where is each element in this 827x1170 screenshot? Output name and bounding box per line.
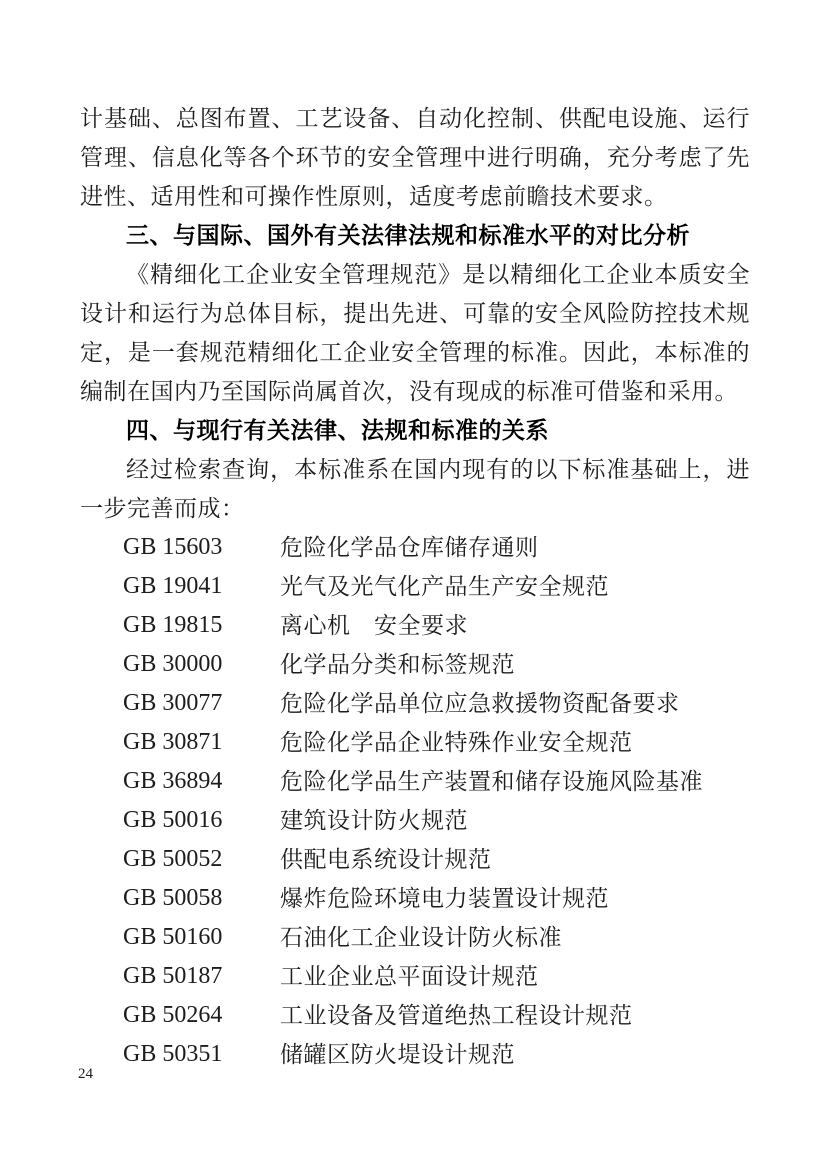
standard-code: GB 50351 [123, 1035, 280, 1074]
standard-row: GB 30000 化学品分类和标签规范 [80, 645, 750, 684]
standard-row: GB 36894 危险化学品生产装置和储存设施风险基准 [80, 762, 750, 801]
standard-title: 工业设备及管道绝热工程设计规范 [280, 996, 633, 1035]
section3-heading: 三、与国际、国外有关法律法规和标准水平的对比分析 [80, 216, 750, 255]
standard-code: GB 30871 [123, 723, 280, 762]
standard-row: GB 19815 离心机 安全要求 [80, 606, 750, 645]
standard-code: GB 19815 [123, 606, 280, 645]
section4-paragraph: 经过检索查询，本标准系在国内现有的以下标准基础上，进一步完善而成： [80, 450, 750, 528]
standard-code: GB 36894 [123, 762, 280, 801]
standard-row: GB 50058 爆炸危险环境电力装置设计规范 [80, 879, 750, 918]
standard-title: 化学品分类和标签规范 [280, 645, 515, 684]
standard-row: GB 50264 工业设备及管道绝热工程设计规范 [80, 996, 750, 1035]
standard-code: GB 50058 [123, 879, 280, 918]
standard-row: GB 30077 危险化学品单位应急救援物资配备要求 [80, 684, 750, 723]
standard-row: GB 50016 建筑设计防火规范 [80, 801, 750, 840]
section3-paragraph: 《精细化工企业安全管理规范》是以精细化工企业本质安全设计和运行为总体目标，提出先… [80, 255, 750, 411]
standard-row: GB 15603 危险化学品仓库储存通则 [80, 528, 750, 567]
standard-title: 石油化工企业设计防火标准 [280, 918, 562, 957]
standard-code: GB 15603 [123, 528, 280, 567]
standard-title: 危险化学品生产装置和储存设施风险基准 [280, 762, 703, 801]
standard-title: 离心机 安全要求 [280, 606, 468, 645]
standard-code: GB 50052 [123, 840, 280, 879]
standard-title: 危险化学品单位应急救援物资配备要求 [280, 684, 680, 723]
page-content: 计基础、总图布置、工艺设备、自动化控制、供配电设施、运行管理、信息化等各个环节的… [80, 99, 750, 1074]
standard-title: 建筑设计防火规范 [280, 801, 468, 840]
paragraph-continuation: 计基础、总图布置、工艺设备、自动化控制、供配电设施、运行管理、信息化等各个环节的… [80, 99, 750, 216]
standard-row: GB 19041 光气及光气化产品生产安全规范 [80, 567, 750, 606]
document-page: 计基础、总图布置、工艺设备、自动化控制、供配电设施、运行管理、信息化等各个环节的… [0, 0, 827, 1170]
standard-code: GB 19041 [123, 567, 280, 606]
standard-row: GB 50187 工业企业总平面设计规范 [80, 957, 750, 996]
standard-title: 光气及光气化产品生产安全规范 [280, 567, 609, 606]
standard-code: GB 50016 [123, 801, 280, 840]
standard-code: GB 50264 [123, 996, 280, 1035]
standards-list: GB 15603 危险化学品仓库储存通则 GB 19041 光气及光气化产品生产… [80, 528, 750, 1074]
section4-heading: 四、与现行有关法律、法规和标准的关系 [80, 411, 750, 450]
standard-title: 储罐区防火堤设计规范 [280, 1035, 515, 1074]
standard-title: 供配电系统设计规范 [280, 840, 492, 879]
standard-row: GB 50160 石油化工企业设计防火标准 [80, 918, 750, 957]
standard-row: GB 50052 供配电系统设计规范 [80, 840, 750, 879]
standard-code: GB 30077 [123, 684, 280, 723]
standard-title: 危险化学品仓库储存通则 [280, 528, 539, 567]
standard-title: 爆炸危险环境电力装置设计规范 [280, 879, 609, 918]
standard-code: GB 30000 [123, 645, 280, 684]
standard-title: 危险化学品企业特殊作业安全规范 [280, 723, 633, 762]
standard-code: GB 50187 [123, 957, 280, 996]
standard-title: 工业企业总平面设计规范 [280, 957, 539, 996]
standard-code: GB 50160 [123, 918, 280, 957]
standard-row: GB 50351 储罐区防火堤设计规范 [80, 1035, 750, 1074]
page-number: 24 [78, 1066, 93, 1083]
standard-row: GB 30871 危险化学品企业特殊作业安全规范 [80, 723, 750, 762]
